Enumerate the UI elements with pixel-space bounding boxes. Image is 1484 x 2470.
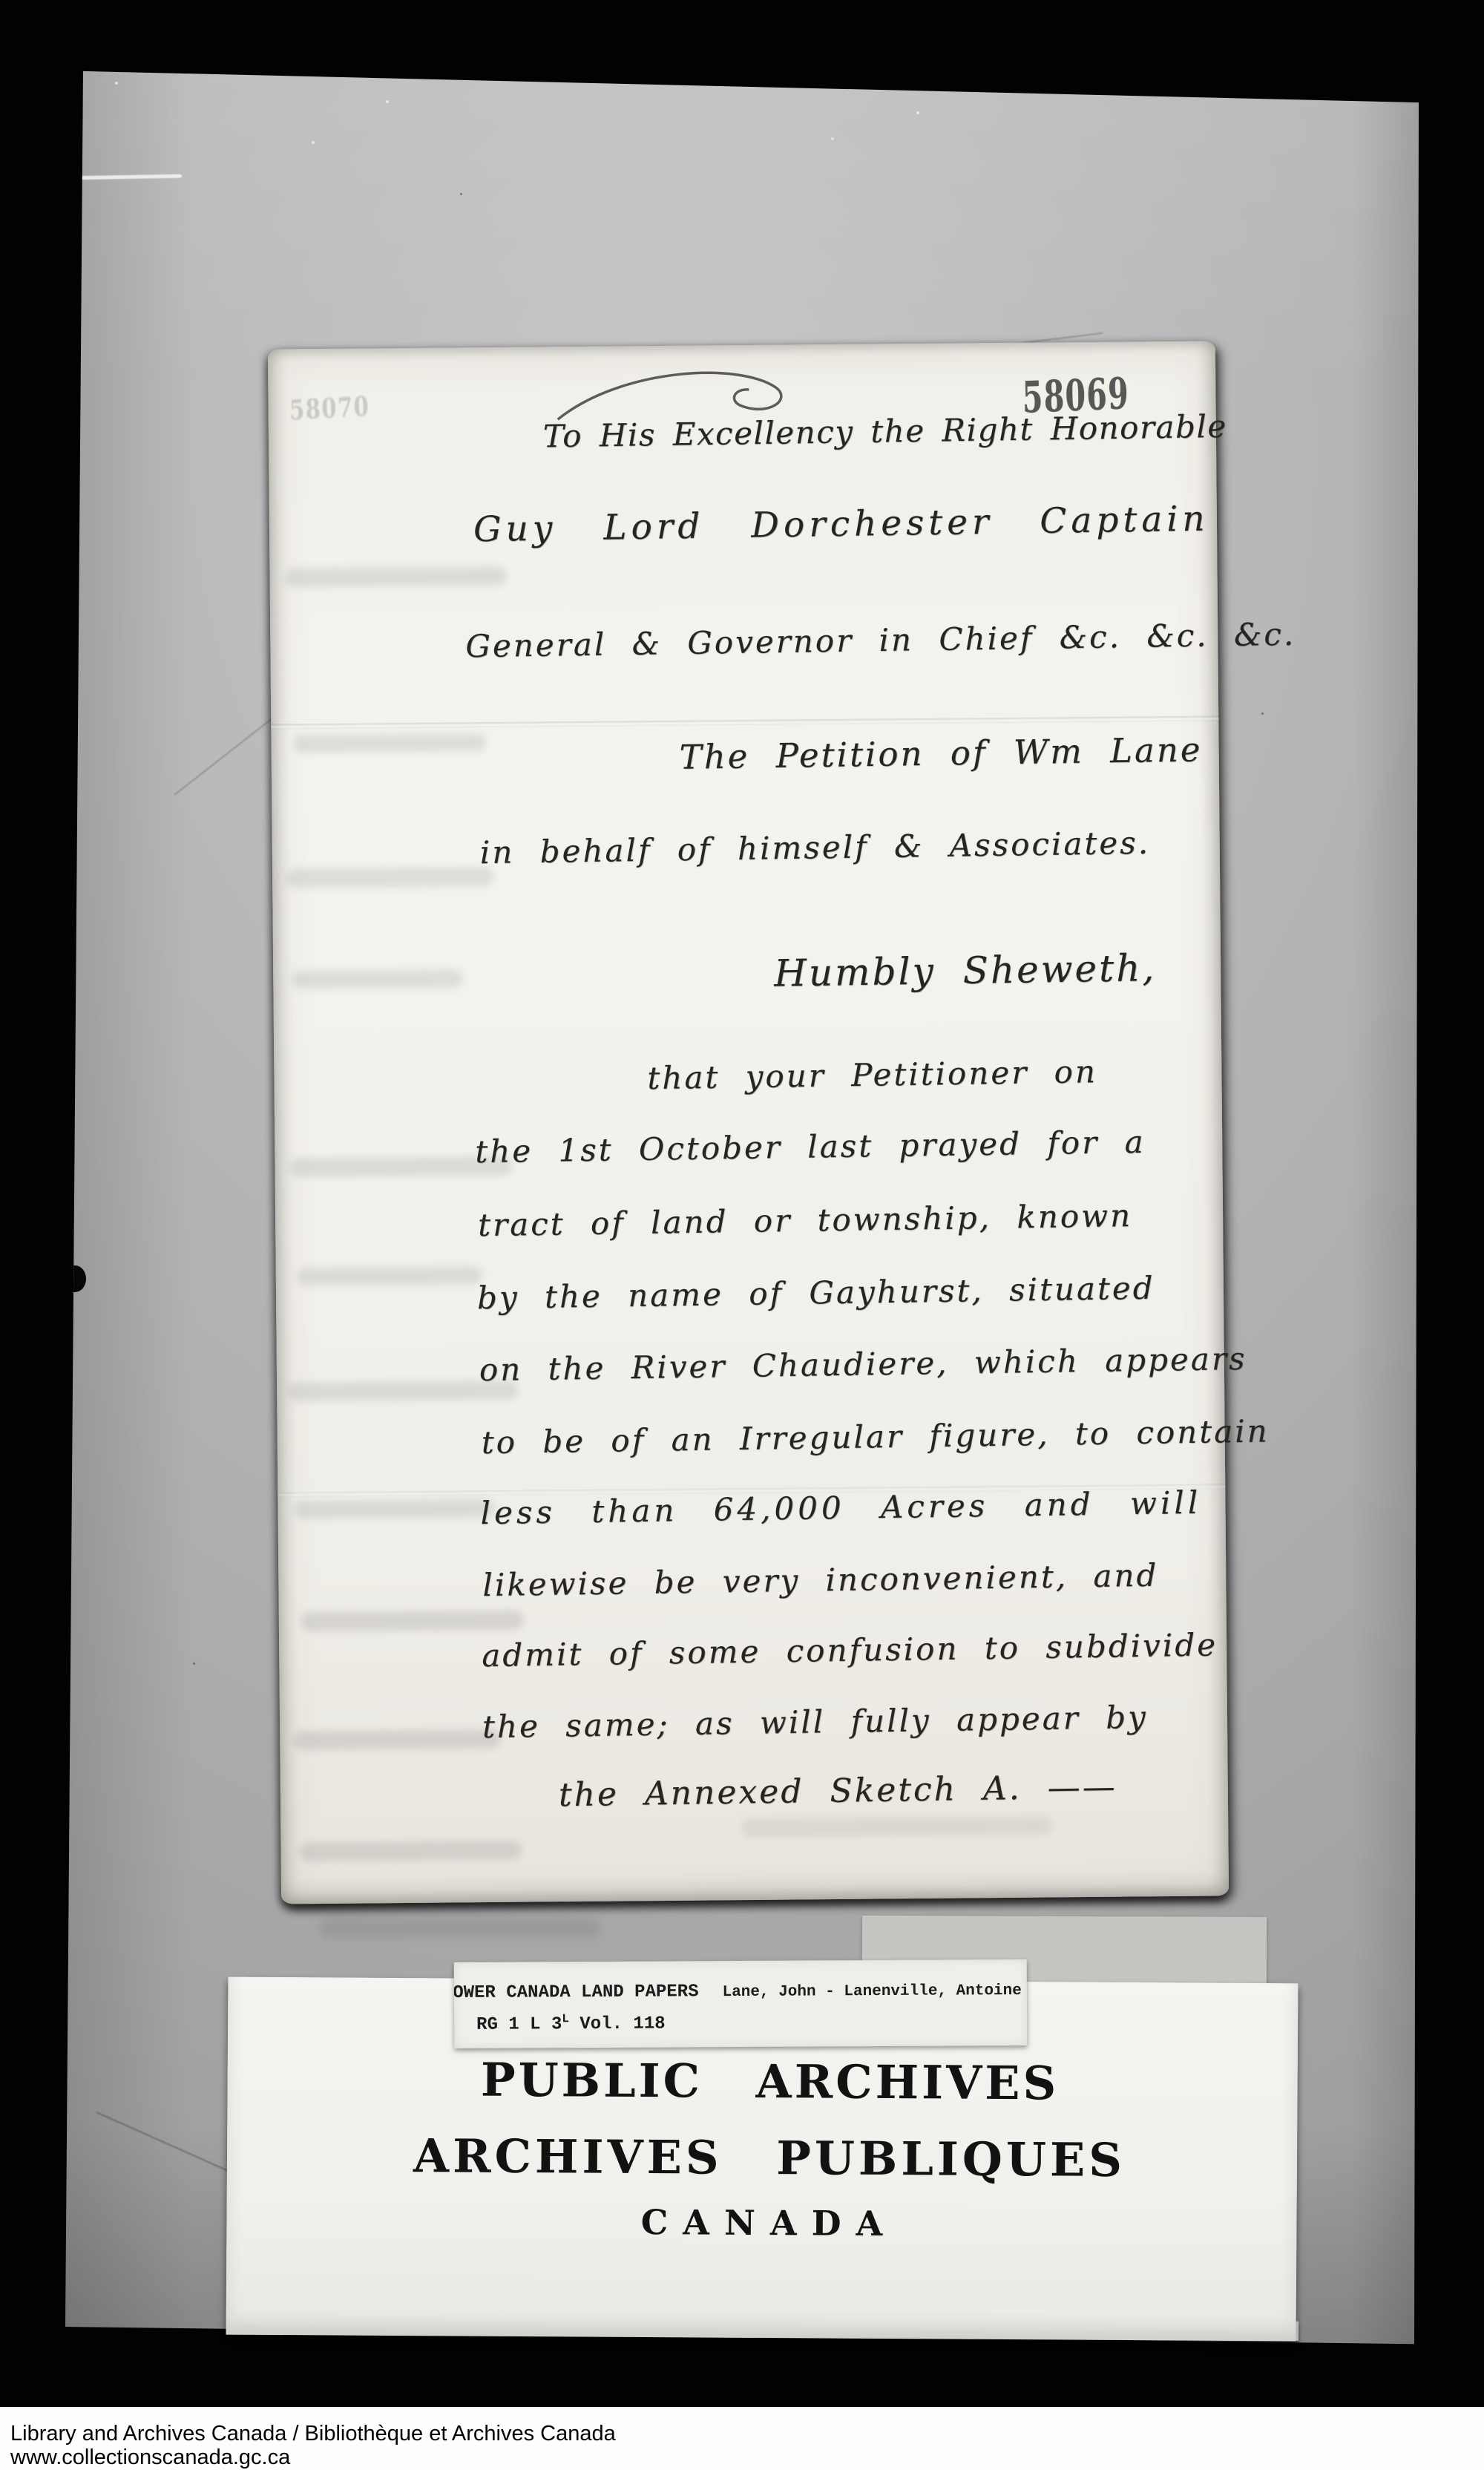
- bleedthrough-smudge: [301, 1611, 524, 1632]
- bleedthrough-smudge: [284, 566, 507, 588]
- petition-line-9: tract of land or township, known: [478, 1200, 1133, 1241]
- petition-line-10: by the name of Gayhurst, situated: [477, 1273, 1155, 1314]
- label-series: LOWER CANADA LAND PAPERS: [454, 1982, 699, 2003]
- petition-line-11: on the River Chaudiere, which appears: [479, 1343, 1247, 1386]
- dust-specks: [223, 41, 226, 44]
- label-range: Lane, John - Lanenville, Antoine: [723, 1982, 1022, 2001]
- ghost-page-number-stamp: 58070: [289, 391, 370, 427]
- footer-bar: Library and Archives Canada / Bibliothèq…: [0, 2407, 1484, 2470]
- petition-line-14: likewise be very inconvenient, and: [482, 1560, 1159, 1602]
- bleedthrough-smudge: [293, 1729, 501, 1750]
- card-title-canada: CANADA: [226, 2200, 1296, 2247]
- bleedthrough-smudge: [299, 1841, 522, 1862]
- film-scratch: [70, 174, 182, 180]
- petition-line-1: To His Excellency the Right Honorable: [543, 411, 1227, 453]
- bleedthrough-smudge: [297, 1266, 482, 1285]
- archival-label: LOWER CANADA LAND PAPERSLane, John - Lan…: [454, 1959, 1028, 2048]
- petition-line-13: less than 64,000 Acres and will: [480, 1487, 1201, 1529]
- label-ref-superscript: L: [562, 2012, 569, 2025]
- film-edge-notch: [64, 1265, 86, 1292]
- label-ref-suffix: Vol. 118: [569, 2014, 666, 2035]
- bleedthrough-smudge: [319, 1919, 601, 1938]
- petition-line-7: that your Petitioner on: [647, 1056, 1097, 1094]
- label-line-1: LOWER CANADA LAND PAPERSLane, John - Lan…: [454, 1980, 1022, 2003]
- bleedthrough-smudge: [292, 969, 462, 989]
- petition-line-4: The Petition of Wm Lane: [679, 733, 1202, 773]
- footer-url: www.collectionscanada.gc.ca: [10, 2446, 290, 2470]
- petition-line-2: Guy Lord Dorchester Captain: [473, 501, 1209, 547]
- fold-crease: [271, 715, 1218, 729]
- document-page: 58070 58069 To His Excellency the Right …: [268, 341, 1229, 1904]
- petition-line-17: the Annexed Sketch A. ——: [559, 1771, 1117, 1812]
- bleedthrough-smudge: [294, 1499, 494, 1519]
- film-crease-line: [96, 2112, 240, 2176]
- bleedthrough-smudge: [286, 867, 493, 888]
- petition-line-5: in behalf of himself & Associates.: [480, 828, 1151, 868]
- petition-line-15: admit of some confusion to subdivide: [482, 1629, 1218, 1671]
- card-title-english: PUBLIC ARCHIVES: [227, 2051, 1297, 2112]
- petition-line-3: General & Governor in Chief &c. &c. &c.: [465, 619, 1296, 663]
- bleedthrough-smudge: [741, 1815, 1052, 1838]
- petition-line-8: the 1st October last prayed for a: [475, 1127, 1146, 1167]
- bleedthrough-smudge: [293, 733, 486, 753]
- petition-line-16: the same; as will fully appear by: [482, 1702, 1148, 1743]
- card-title-french: ARCHIVES PUBLIQUES: [227, 2128, 1297, 2189]
- footer-attribution: Library and Archives Canada / Bibliothèq…: [10, 2422, 616, 2446]
- label-ref-prefix: RG 1 L 3: [476, 2014, 562, 2035]
- microfilm-scan: 58070 58069 To His Excellency the Right …: [0, 0, 1484, 2470]
- label-reference: RG 1 L 3L Vol. 118: [476, 2012, 666, 2035]
- petition-line-6: Humbly Sheweth,: [774, 949, 1157, 992]
- petition-line-12: to be of an Irregular figure, to contain: [481, 1415, 1270, 1458]
